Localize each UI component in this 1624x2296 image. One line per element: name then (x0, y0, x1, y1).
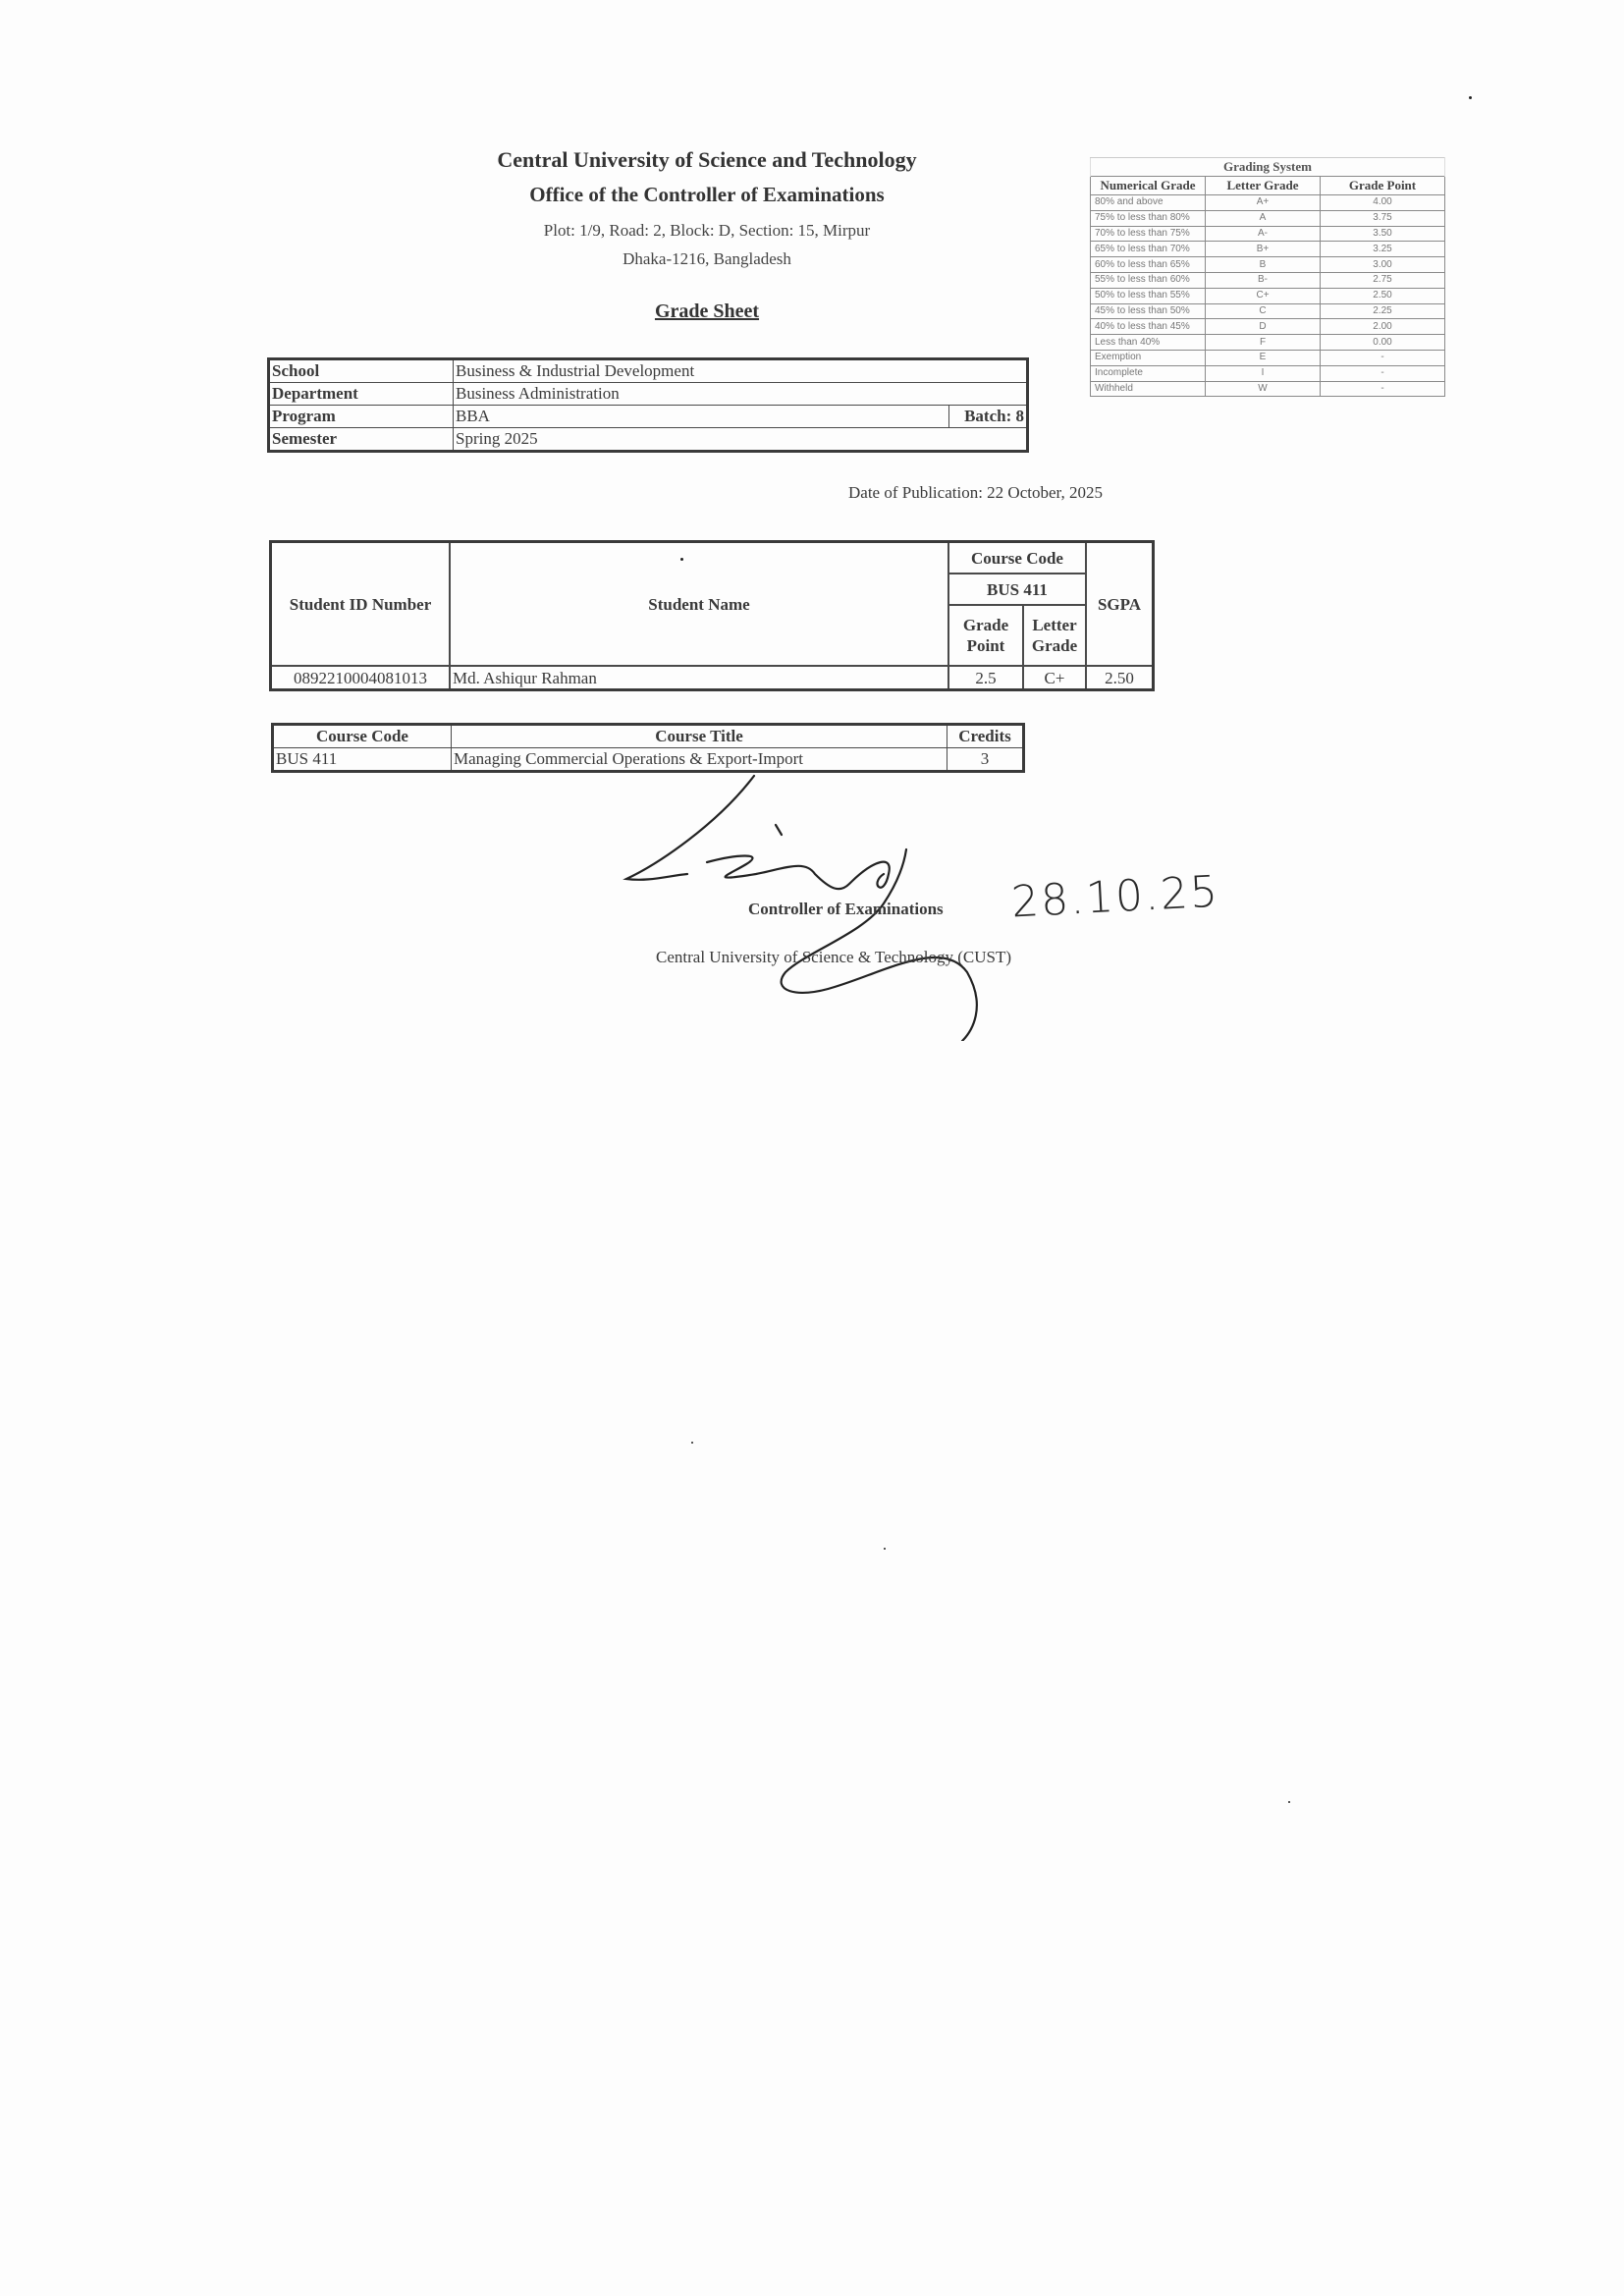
col-grade-point: Grade Point (1321, 177, 1445, 195)
info-row-department: Department Business Administration (269, 383, 1028, 406)
grading-row: Less than 40%F0.00 (1091, 335, 1445, 351)
letter-grade: A- (1206, 226, 1321, 242)
numerical-grade: 80% and above (1091, 195, 1206, 211)
grading-row: WithheldW- (1091, 381, 1445, 397)
grading-system-table: Grading System Numerical Grade Letter Gr… (1090, 157, 1445, 397)
header-student-id: Student ID Number (271, 542, 451, 667)
letter-grade: C+ (1206, 288, 1321, 303)
program-value: BBA (454, 406, 949, 428)
letter-grade: E (1206, 350, 1321, 365)
grade-point: - (1321, 381, 1445, 397)
grading-rows: 80% and aboveA+4.0075% to less than 80%A… (1091, 195, 1445, 397)
grade-point: - (1321, 365, 1445, 381)
office-name: Office of the Controller of Examinations (373, 183, 1041, 207)
course-title: Managing Commercial Operations & Export-… (452, 748, 947, 772)
numerical-grade: 60% to less than 65% (1091, 257, 1206, 273)
numerical-grade: 45% to less than 50% (1091, 303, 1206, 319)
numerical-grade: 65% to less than 70% (1091, 242, 1206, 257)
header-course-code: Course Code (948, 542, 1086, 574)
signatory-institution: Central University of Science & Technolo… (656, 948, 1011, 967)
program-label: Program (269, 406, 454, 428)
grading-row: 40% to less than 45%D2.00 (1091, 319, 1445, 335)
table-row: 0892210004081013Md. Ashiqur Rahman2.5C+2… (271, 666, 1154, 690)
header-course: BUS 411 (948, 574, 1086, 605)
scan-speck (680, 558, 683, 561)
grading-row: 65% to less than 70%B+3.25 (1091, 242, 1445, 257)
grade-point: 2.75 (1321, 272, 1445, 288)
semester-label: Semester (269, 428, 454, 452)
numerical-grade: 75% to less than 80% (1091, 210, 1206, 226)
sgpa: 2.50 (1086, 666, 1154, 690)
grading-row: ExemptionE- (1091, 350, 1445, 365)
department-label: Department (269, 383, 454, 406)
grading-row: 50% to less than 55%C+2.50 (1091, 288, 1445, 303)
course-table: Course Code Course Title Credits BUS 411… (271, 723, 1025, 773)
letter-grade: B (1206, 257, 1321, 273)
grade-point: 3.75 (1321, 210, 1445, 226)
grade-point: 0.00 (1321, 335, 1445, 351)
document-title: Grade Sheet (373, 301, 1041, 323)
header-course-code: Course Code (273, 725, 452, 748)
col-letter-grade: Letter Grade (1206, 177, 1321, 195)
scan-speck (1288, 1801, 1290, 1803)
batch-value: Batch: 8 (949, 406, 1028, 428)
grade-point: 2.5 (948, 666, 1023, 690)
grade-point: 2.50 (1321, 288, 1445, 303)
header-sgpa: SGPA (1086, 542, 1154, 667)
numerical-grade: 70% to less than 75% (1091, 226, 1206, 242)
grading-row: 55% to less than 60%B-2.75 (1091, 272, 1445, 288)
grading-row: 45% to less than 50%C2.25 (1091, 303, 1445, 319)
scan-speck (884, 1548, 886, 1550)
grade-point: 2.00 (1321, 319, 1445, 335)
letter-grade: D (1206, 319, 1321, 335)
grading-row: 70% to less than 75%A-3.50 (1091, 226, 1445, 242)
numerical-grade: Withheld (1091, 381, 1206, 397)
address-line-2: Dhaka-1216, Bangladesh (373, 249, 1041, 269)
results-table: Student ID Number Student Name Course Co… (269, 540, 1155, 691)
scan-speck (1469, 96, 1472, 99)
grading-system-caption: Grading System (1091, 158, 1445, 177)
info-row-semester: Semester Spring 2025 (269, 428, 1028, 452)
grade-point: 2.25 (1321, 303, 1445, 319)
grading-row: 75% to less than 80%A3.75 (1091, 210, 1445, 226)
numerical-grade: Exemption (1091, 350, 1206, 365)
department-value: Business Administration (454, 383, 1028, 406)
course-code: BUS 411 (273, 748, 452, 772)
letter-grade: C+ (1023, 666, 1086, 690)
numerical-grade: 55% to less than 60% (1091, 272, 1206, 288)
grading-row: 60% to less than 65%B3.00 (1091, 257, 1445, 273)
header-student-name: Student Name (450, 542, 948, 667)
results-rows: 0892210004081013Md. Ashiqur Rahman2.5C+2… (271, 666, 1154, 690)
publication-date: Date of Publication: 22 October, 2025 (848, 483, 1103, 503)
numerical-grade: Incomplete (1091, 365, 1206, 381)
letter-grade: F (1206, 335, 1321, 351)
semester-value: Spring 2025 (454, 428, 1028, 452)
credits: 3 (947, 748, 1024, 772)
info-row-program: Program BBA Batch: 8 (269, 406, 1028, 428)
col-numerical-grade: Numerical Grade (1091, 177, 1206, 195)
signatory-title: Controller of Examinations (748, 900, 944, 919)
university-name: Central University of Science and Techno… (373, 147, 1041, 173)
letter-grade: W (1206, 381, 1321, 397)
table-row: BUS 411Managing Commercial Operations & … (273, 748, 1024, 772)
student-id: 0892210004081013 (271, 666, 451, 690)
course-rows: BUS 411Managing Commercial Operations & … (273, 748, 1024, 772)
grade-point: 4.00 (1321, 195, 1445, 211)
numerical-grade: Less than 40% (1091, 335, 1206, 351)
grading-row: IncompleteI- (1091, 365, 1445, 381)
student-name: Md. Ashiqur Rahman (450, 666, 948, 690)
grade-point: 3.00 (1321, 257, 1445, 273)
header-credits: Credits (947, 725, 1024, 748)
school-label: School (269, 359, 454, 383)
grade-point: - (1321, 350, 1445, 365)
handwritten-date: 28.10.25 (1010, 866, 1220, 927)
scan-speck (691, 1442, 693, 1444)
grading-row: 80% and aboveA+4.00 (1091, 195, 1445, 211)
header-grade-point: Grade Point (948, 605, 1023, 666)
program-info-table: School Business & Industrial Development… (267, 357, 1029, 453)
letter-grade: I (1206, 365, 1321, 381)
letter-grade: B- (1206, 272, 1321, 288)
school-value: Business & Industrial Development (454, 359, 1028, 383)
letter-grade: C (1206, 303, 1321, 319)
letter-grade: B+ (1206, 242, 1321, 257)
letter-grade: A (1206, 210, 1321, 226)
address-line-1: Plot: 1/9, Road: 2, Block: D, Section: 1… (373, 221, 1041, 241)
letter-grade: A+ (1206, 195, 1321, 211)
header-letter-grade: Letter Grade (1023, 605, 1086, 666)
grade-point: 3.50 (1321, 226, 1445, 242)
header-course-title: Course Title (452, 725, 947, 748)
info-row-school: School Business & Industrial Development (269, 359, 1028, 383)
grade-point: 3.25 (1321, 242, 1445, 257)
numerical-grade: 40% to less than 45% (1091, 319, 1206, 335)
numerical-grade: 50% to less than 55% (1091, 288, 1206, 303)
